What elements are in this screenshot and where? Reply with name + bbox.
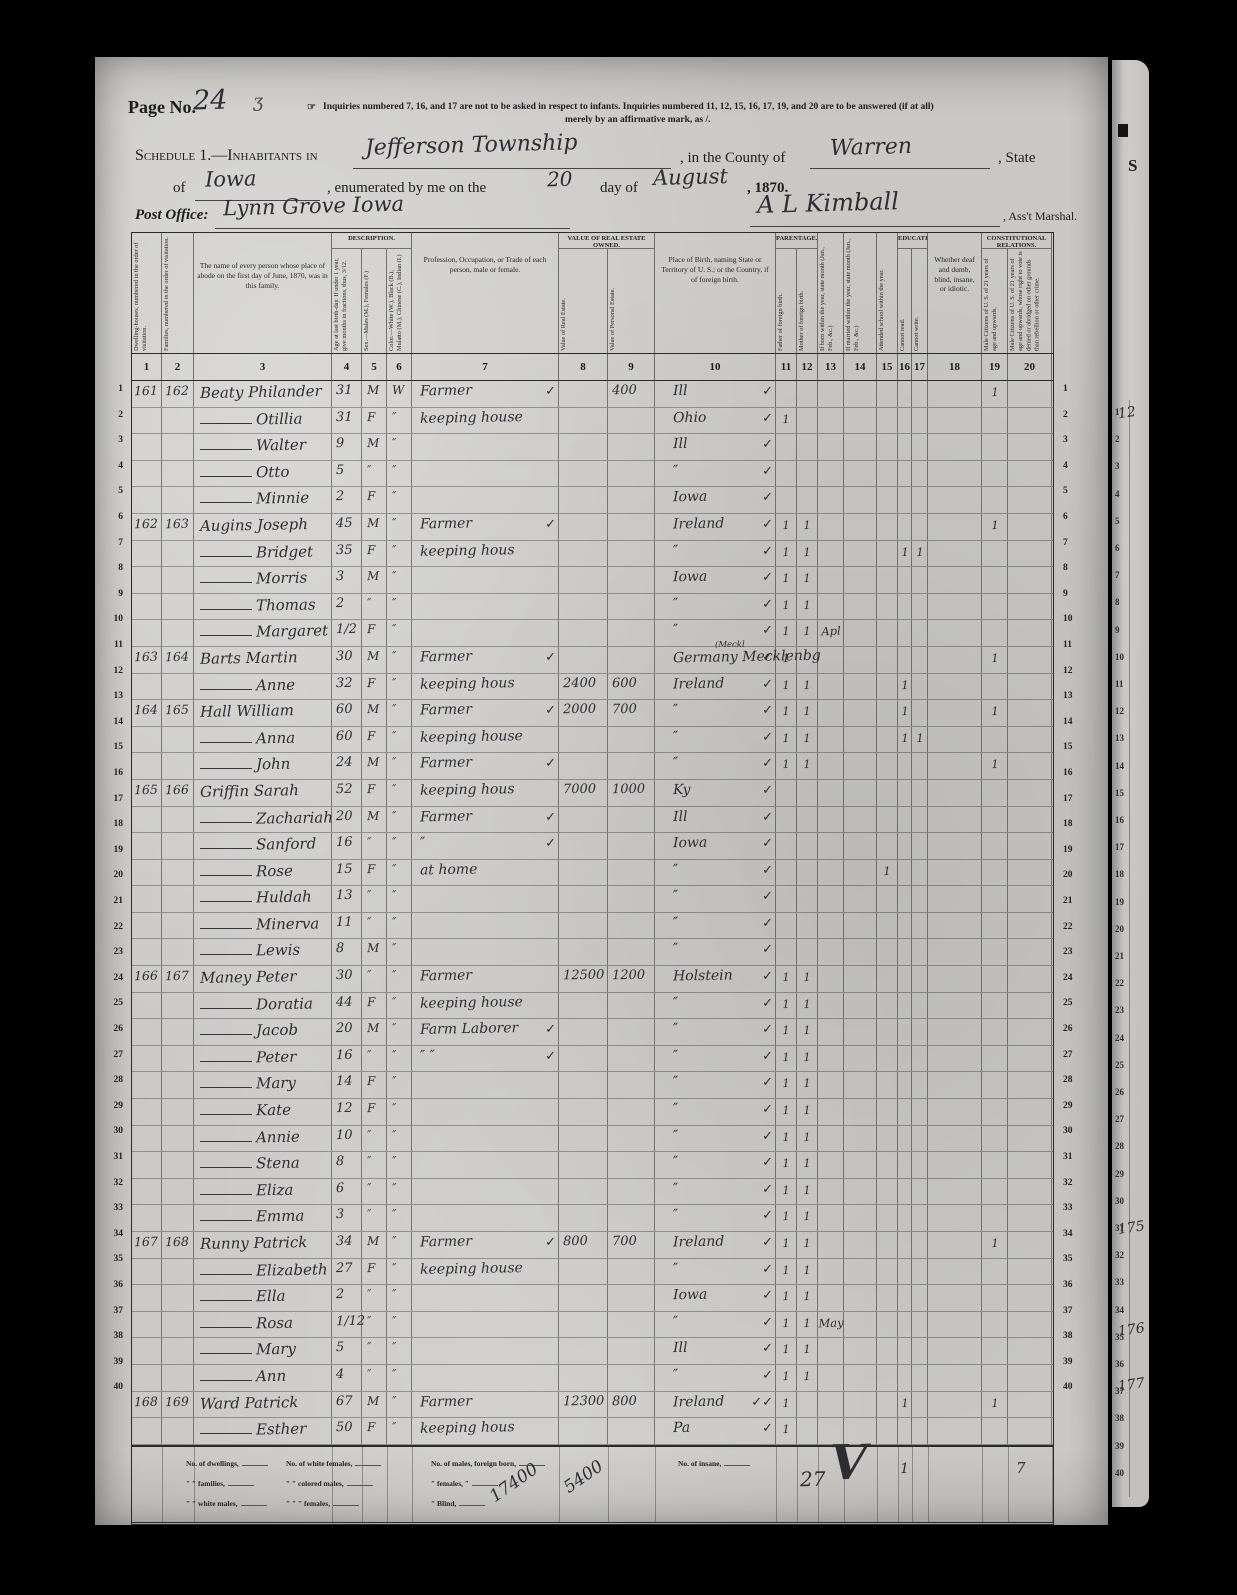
cell-age-value: 8 (332, 939, 362, 965)
table-row: Anna60F″keeping house″✓1111 (132, 727, 1053, 754)
footer-label: ″ Blind, (431, 1499, 485, 1508)
next-page-row-number: 30 (1115, 1196, 1124, 1206)
cell-dwelling-number (132, 1152, 162, 1178)
cell-real-estate-value (559, 541, 608, 567)
value-age-value: 45 (336, 516, 353, 531)
cell-real-estate-value (559, 939, 608, 965)
note-line2: merely by an affirmative mark, as /. (565, 115, 710, 125)
cell-mark-col17 (912, 833, 928, 859)
row-number-right: 31 (1063, 1152, 1083, 1162)
tally-check-icon: ✓ (762, 1075, 773, 1090)
cell-mark-col13 (818, 860, 844, 886)
affirmative-mark: 1 (901, 1395, 909, 1409)
cell-personal-estate-value: 1200 (608, 966, 655, 992)
tally-check-icon: ✓ (762, 836, 773, 851)
value-age-value: 5 (336, 463, 345, 478)
cell-mark-col14 (844, 1099, 877, 1125)
cell-mark-col13 (818, 913, 844, 939)
cell-sex-value: M (362, 1019, 387, 1045)
value-age-value: 34 (336, 1234, 353, 1249)
cell-mark-col14 (844, 913, 877, 939)
value-occupation-value: at home (420, 861, 478, 878)
value-personal-estate-value: 700 (612, 702, 637, 717)
cell-dwelling-number (132, 1312, 162, 1338)
row-number-left: 6 (103, 512, 123, 522)
cell-family-number (162, 939, 194, 965)
cell-mark-col12: 1 (797, 567, 818, 593)
cell-mark-col12: 1 (797, 1099, 818, 1125)
cell-mark-col18 (928, 939, 982, 965)
cell-mark-col19: 1 (982, 647, 1008, 673)
cell-real-estate-value (559, 1418, 608, 1444)
cell-mark-col12 (797, 487, 818, 513)
column-header-19: Male Citizens of U. S. of 21 years of ag… (982, 249, 1008, 353)
cell-place-of-birth-value: Germany Mecklenbg✓(Meckl (655, 647, 776, 673)
census-scan-page: Page No. 24 ʒ ☞ Inquiries numbered 7, 16… (0, 0, 1237, 1595)
ditto-surname-dash (200, 1274, 252, 1275)
cell-mark-col17 (912, 674, 928, 700)
footer-column-rule (608, 1447, 656, 1522)
cell-personal-estate-value (608, 727, 655, 753)
marshal-title: , Ass't Marshal. (1003, 209, 1077, 224)
cell-occupation-value: Farmer (412, 1392, 559, 1418)
table-row: Kate12F″″✓11 (132, 1099, 1053, 1126)
cell-family-number: 163 (162, 514, 194, 540)
value-person-name: Otto (256, 462, 290, 481)
cell-mark-col16 (898, 1019, 912, 1045)
value-color-value: ″ (392, 1048, 397, 1062)
value-occupation-value: Farmer (420, 1234, 472, 1251)
cell-dwelling-number (132, 408, 162, 434)
cell-place-of-birth-value: ″✓ (655, 461, 776, 487)
row-number-left: 15 (103, 742, 123, 752)
value-sex-value: M (367, 1234, 380, 1248)
row-number-left: 3 (103, 435, 123, 445)
tally-check-icon: ✓ (545, 517, 556, 532)
ditto-surname-dash (200, 1194, 252, 1195)
cell-color-value: ″ (387, 700, 412, 726)
ditto-surname-dash (200, 1061, 252, 1062)
cell-age-value: 67 (332, 1392, 362, 1418)
state-label: , State (998, 150, 1036, 167)
cell-mark-col18 (928, 461, 982, 487)
affirmative-mark: 1 (782, 1236, 790, 1250)
cell-color-value: ″ (387, 939, 412, 965)
value-real-estate-value: 800 (563, 1234, 588, 1249)
cell-real-estate-value: 12500 (559, 966, 608, 992)
cell-mark-col13 (818, 381, 844, 407)
row-number-right: 36 (1063, 1280, 1083, 1290)
cell-color-value: ″ (387, 541, 412, 567)
cell-mark-col18 (928, 780, 982, 806)
cell-mark-col20 (1008, 780, 1052, 806)
cell-mark-col14 (844, 674, 877, 700)
cell-mark-col13 (818, 833, 844, 859)
cell-sex-value: M (362, 434, 387, 460)
cell-mark-col18 (928, 487, 982, 513)
cell-person-name: Doratia (194, 993, 332, 1019)
cell-color-value: ″ (387, 1392, 412, 1418)
value-person-name: Bridget (256, 542, 313, 561)
cell-mark-col15 (877, 807, 898, 833)
value-dwelling-number: 164 (134, 702, 158, 717)
cell-mark-col11: 1 (776, 1285, 797, 1311)
cell-mark-col17 (912, 1179, 928, 1205)
column-header-text-8: Value of Real Estate. (559, 249, 607, 353)
cell-mark-col13 (818, 886, 844, 912)
cell-mark-col16 (898, 514, 912, 540)
cell-occupation-value: keeping house (412, 727, 559, 753)
value-sex-value: ″ (367, 1314, 372, 1328)
row-number-left: 27 (103, 1050, 123, 1060)
tally-check-icon: ✓ (762, 650, 773, 665)
column-header-text-3: The name of every person whose place of … (194, 233, 331, 290)
row-number-right: 32 (1063, 1178, 1083, 1188)
cell-personal-estate-value (608, 1259, 655, 1285)
cell-family-number (162, 1259, 194, 1285)
cell-personal-estate-value (608, 913, 655, 939)
cell-mark-col12: 1 (797, 993, 818, 1019)
cell-real-estate-value (559, 1046, 608, 1072)
cell-real-estate-value: 7000 (559, 780, 608, 806)
cell-personal-estate-value (608, 1205, 655, 1231)
next-page-row-number: 21 (1115, 951, 1124, 961)
cell-mark-col20 (1008, 753, 1052, 779)
cell-personal-estate-value (608, 1338, 655, 1364)
next-page-row-number: 19 (1115, 897, 1124, 907)
cell-place-of-birth-value: ″✓ (655, 1099, 776, 1125)
column-header-text-17: Cannot write. (912, 249, 927, 353)
cell-mark-col20 (1008, 541, 1052, 567)
affirmative-mark: 1 (803, 544, 811, 558)
cell-sex-value: ″ (362, 1126, 387, 1152)
row-number-left: 12 (103, 666, 123, 676)
cell-mark-col17 (912, 1418, 928, 1444)
cell-mark-col15 (877, 408, 898, 434)
cell-mark-col19 (982, 1338, 1008, 1364)
affirmative-mark: 1 (782, 571, 790, 585)
next-page-row-number: 4 (1115, 489, 1120, 499)
cell-age-value: 16 (332, 833, 362, 859)
cell-mark-col11: 1 (776, 647, 797, 673)
cell-mark-col20 (1008, 461, 1052, 487)
value-sex-value: F (367, 1261, 376, 1275)
cell-mark-col16 (898, 1179, 912, 1205)
cell-mark-col15 (877, 434, 898, 460)
cell-mark-col15 (877, 1392, 898, 1418)
cell-person-name: Anne (194, 674, 332, 700)
value-personal-estate-value: 400 (612, 383, 637, 398)
row-number-left: 11 (103, 640, 123, 650)
cell-mark-col16: 1 (898, 700, 912, 726)
tally-check-icon: ✓ (762, 1235, 773, 1250)
cell-place-of-birth-value: ″✓ (655, 1312, 776, 1338)
cell-mark-col20 (1008, 727, 1052, 753)
cell-age-value: 2 (332, 594, 362, 620)
value-sex-value: F (367, 675, 376, 689)
row-number-left: 30 (103, 1126, 123, 1136)
row-number-left: 10 (103, 614, 123, 624)
cell-sex-value: M (362, 939, 387, 965)
cell-mark-col14 (844, 1179, 877, 1205)
value-color-value: ″ (392, 675, 397, 689)
cell-mark-col11: 1 (776, 1259, 797, 1285)
cell-person-name: Anna (194, 727, 332, 753)
row-number-left: 28 (103, 1075, 123, 1085)
cell-mark-col20 (1008, 1312, 1052, 1338)
county-value: Warren (830, 134, 913, 161)
column-header-11: Father of foreign birth. (776, 249, 797, 353)
cell-mark-col14 (844, 1126, 877, 1152)
value-occupation-value: Farmer (420, 383, 472, 400)
value-color-value: ″ (392, 622, 397, 636)
cell-age-value: 34 (332, 1232, 362, 1258)
cell-occupation-value: Farmer✓ (412, 381, 559, 407)
value-person-name: Mary (256, 1074, 296, 1093)
cell-mark-col19 (982, 674, 1008, 700)
footer-mark-one: 1 (900, 1461, 909, 1477)
cell-color-value: ″ (387, 487, 412, 513)
cell-dwelling-number: 165 (132, 780, 162, 806)
row-number-right: 22 (1063, 922, 1083, 932)
cell-sex-value: ″ (362, 913, 387, 939)
cell-mark-col12: 1 (797, 514, 818, 540)
row-number-right: 24 (1063, 973, 1083, 983)
value-occupation-value: Farmer (420, 808, 472, 825)
value-age-value: 24 (336, 755, 353, 770)
value-person-name: Minnie (256, 489, 309, 508)
row-number-left: 35 (103, 1254, 123, 1264)
cell-occupation-value: Farm Laborer✓ (412, 1019, 559, 1045)
value-color-value: ″ (392, 516, 397, 530)
value-person-name: Margaret (256, 622, 328, 641)
column-header-14: If married within the year, state month … (844, 233, 877, 353)
cell-age-value: 1/2 (332, 620, 362, 646)
footer-mark-seven: 7 (1016, 1459, 1026, 1477)
value-dwelling-number: 162 (134, 516, 158, 531)
cell-mark-col13 (818, 727, 844, 753)
cell-real-estate-value (559, 647, 608, 673)
cell-mark-col19 (982, 780, 1008, 806)
value-place-of-birth-value: ″ (673, 622, 679, 638)
cell-color-value: ″ (387, 1152, 412, 1178)
column-header-text-5: Sex.—Males (M.), Females (F.) (362, 249, 386, 353)
cell-mark-col18 (928, 567, 982, 593)
cell-place-of-birth-value: ″✓ (655, 753, 776, 779)
cell-personal-estate-value (608, 1179, 655, 1205)
cell-color-value: ″ (387, 434, 412, 460)
cell-mark-col20 (1008, 1019, 1052, 1045)
value-person-name: Anne (256, 675, 295, 694)
row-number-left: 9 (103, 589, 123, 599)
value-place-of-birth-value: ″ (673, 1181, 679, 1197)
cell-mark-col11: 1 (776, 594, 797, 620)
cell-age-value: 9 (332, 434, 362, 460)
value-sex-value: M (367, 1393, 380, 1407)
affirmative-mark: 1 (883, 864, 891, 878)
cell-mark-col18 (928, 1285, 982, 1311)
ditto-surname-dash (200, 582, 252, 583)
value-age-value: 16 (336, 835, 353, 850)
cell-mark-col17 (912, 966, 928, 992)
affirmative-mark: 1 (782, 1316, 790, 1330)
next-page-row-number: 15 (1115, 788, 1124, 798)
cell-mark-col19 (982, 1179, 1008, 1205)
cell-color-value: ″ (387, 461, 412, 487)
cell-mark-col15 (877, 966, 898, 992)
affirmative-mark: 1 (991, 757, 999, 771)
value-color-value: W (392, 383, 405, 397)
marshal-signature: A L Kimball (757, 187, 900, 219)
cell-personal-estate-value (608, 647, 655, 673)
affirmative-mark: 1 (991, 651, 999, 665)
cell-dwelling-number (132, 1072, 162, 1098)
cell-mark-col13: Apl (818, 620, 844, 646)
cell-personal-estate-value: 700 (608, 700, 655, 726)
value-color-value: ″ (392, 436, 397, 450)
signature-underline (750, 225, 1000, 227)
state-of-label: of (173, 180, 186, 197)
cell-mark-col20 (1008, 408, 1052, 434)
cell-mark-col12 (797, 1392, 818, 1418)
table-row: Mary5″″Ill✓11 (132, 1338, 1053, 1365)
value-family-number: 169 (165, 1393, 189, 1408)
cell-real-estate-value: 2400 (559, 674, 608, 700)
next-page-row-number: 39 (1115, 1441, 1124, 1451)
cell-mark-col11: 1 (776, 1019, 797, 1045)
next-page-row-number: 3 (1115, 461, 1120, 471)
cell-mark-col19 (982, 1072, 1008, 1098)
cell-person-name: Otto (194, 461, 332, 487)
cell-mark-col11 (776, 939, 797, 965)
group-header: CONSTITUTIONAL RELATIONS. (982, 233, 1052, 249)
cell-family-number (162, 1179, 194, 1205)
cell-age-value: 30 (332, 647, 362, 673)
cell-person-name: Lewis (194, 939, 332, 965)
footer-column-rule (132, 1447, 163, 1522)
value-place-of-birth-value: ″ (673, 596, 679, 612)
cell-real-estate-value (559, 753, 608, 779)
cell-mark-col18 (928, 807, 982, 833)
affirmative-mark: 1 (782, 544, 790, 558)
cell-mark-col13 (818, 1152, 844, 1178)
cell-personal-estate-value (608, 1312, 655, 1338)
cell-age-value: 50 (332, 1418, 362, 1444)
cell-mark-col14 (844, 807, 877, 833)
cell-color-value: ″ (387, 408, 412, 434)
cell-mark-col13 (818, 700, 844, 726)
cell-personal-estate-value (608, 939, 655, 965)
cell-mark-col13 (818, 939, 844, 965)
value-age-value: 6 (336, 1181, 345, 1196)
cell-real-estate-value (559, 1205, 608, 1231)
cell-color-value: ″ (387, 594, 412, 620)
cell-mark-col16 (898, 620, 912, 646)
row-number-left: 22 (103, 922, 123, 932)
row-number-left: 20 (103, 870, 123, 880)
cell-mark-col13 (818, 487, 844, 513)
value-occupation-value: Farmer (420, 648, 472, 665)
value-real-estate-value: 2400 (563, 675, 596, 691)
tally-check-icon: ✓ (762, 1288, 773, 1303)
value-age-value: 31 (336, 409, 353, 424)
value-sex-value: M (367, 702, 380, 716)
cell-place-of-birth-value: ″✓ (655, 541, 776, 567)
footer-label: No. of white females, (286, 1459, 381, 1468)
cell-mark-col14 (844, 1365, 877, 1391)
cell-mark-col20 (1008, 1126, 1052, 1152)
cell-sex-value: F (362, 1259, 387, 1285)
cell-mark-col20 (1008, 1152, 1052, 1178)
value-person-name: Doratia (256, 994, 313, 1013)
cell-real-estate-value (559, 833, 608, 859)
value-occupation-value: keeping hous (420, 675, 515, 693)
column-number-row: 1234567891011121314151617181920 (132, 354, 1053, 381)
cell-mark-col15 (877, 886, 898, 912)
cell-dwelling-number: 166 (132, 966, 162, 992)
cell-family-number: 169 (162, 1392, 194, 1418)
table-row: 168169Ward Patrick67M″Farmer12300800Irel… (132, 1392, 1053, 1419)
footer-column-rule (387, 1447, 413, 1522)
value-person-name: Otillia (256, 409, 303, 428)
value-real-estate-value: 7000 (563, 782, 596, 798)
cell-age-value: 12 (332, 1099, 362, 1125)
cell-mark-col18 (928, 541, 982, 567)
cell-mark-col15 (877, 514, 898, 540)
value-person-name: Rose (256, 861, 293, 880)
cell-sex-value: ″ (362, 886, 387, 912)
cell-place-of-birth-value: ″✓ (655, 886, 776, 912)
value-age-value: 52 (336, 782, 353, 797)
cell-mark-col15: 1 (877, 860, 898, 886)
value-age-value: 30 (336, 968, 353, 983)
cell-place-of-birth-value: Ireland✓ (655, 674, 776, 700)
cell-mark-col13 (818, 993, 844, 1019)
cell-real-estate-value (559, 514, 608, 540)
cell-mark-col12: 1 (797, 1019, 818, 1045)
tally-check-icon: ✓ (762, 677, 773, 692)
cell-sex-value: ″ (362, 966, 387, 992)
row-number-left: 21 (103, 896, 123, 906)
cell-sex-value: F (362, 1418, 387, 1444)
cell-occupation-value (412, 594, 559, 620)
cell-mark-col11: 1 (776, 1365, 797, 1391)
cell-mark-col15 (877, 1418, 898, 1444)
cell-person-name: Kate (194, 1099, 332, 1125)
cell-mark-col15 (877, 1205, 898, 1231)
cell-mark-col20 (1008, 833, 1052, 859)
value-place-of-birth-value: Iowa (673, 569, 708, 586)
cell-occupation-value: ″✓ (412, 833, 559, 859)
affirmative-mark: 1 (803, 598, 811, 612)
next-page-row-number: 13 (1115, 733, 1124, 743)
cell-personal-estate-value: 800 (608, 1392, 655, 1418)
cell-mark-col14 (844, 727, 877, 753)
cell-mark-col13 (818, 966, 844, 992)
cell-occupation-value: ″ ″✓ (412, 1046, 559, 1072)
value-color-value: ″ (392, 1367, 397, 1381)
page-number-label: Page No. (128, 97, 196, 118)
cell-mark-col13 (818, 780, 844, 806)
table-row: 162163Augins Joseph45M″Farmer✓Ireland✓11… (132, 514, 1053, 541)
value-color-value: ″ (392, 915, 397, 929)
cell-personal-estate-value (608, 860, 655, 886)
cell-family-number (162, 1126, 194, 1152)
value-person-name: Hall William (200, 701, 294, 721)
cell-mark-col12: 1 (797, 1179, 818, 1205)
ditto-surname-dash (200, 742, 252, 743)
cell-real-estate-value (559, 913, 608, 939)
